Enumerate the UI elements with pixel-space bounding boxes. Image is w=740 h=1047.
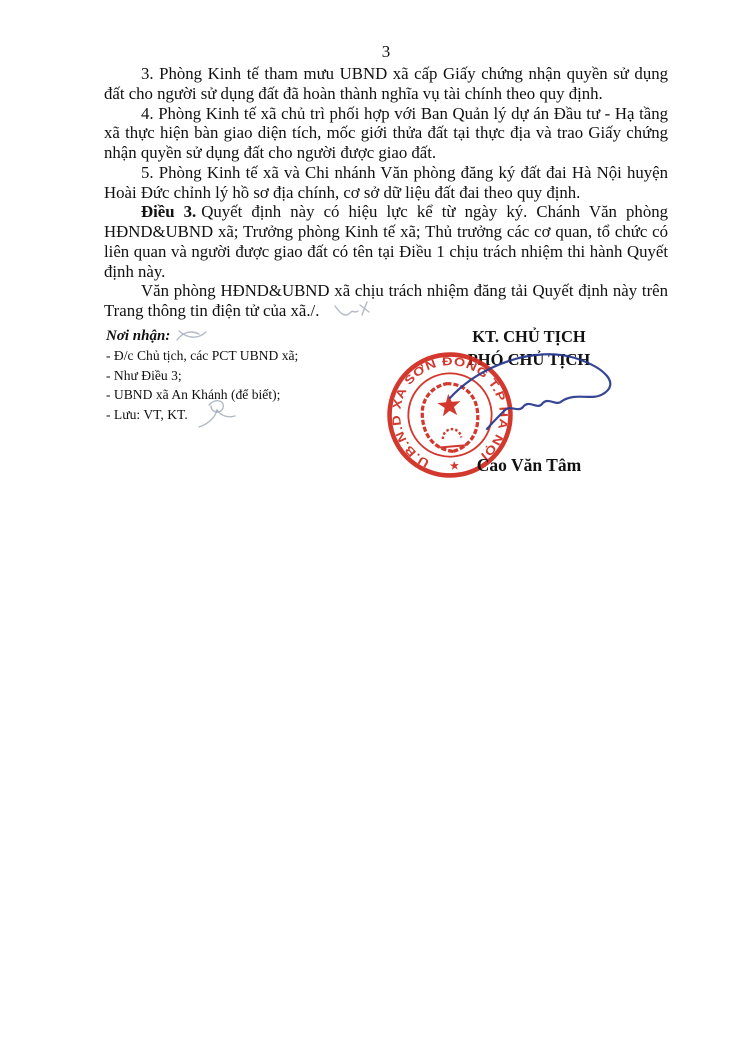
- page-number: 3: [104, 42, 668, 62]
- recipients-section: Nơi nhận: - Đ/c Chủ tịch, các PCT UBND x…: [106, 326, 406, 425]
- paragraph: 5. Phòng Kinh tế xã và Chi nhánh Văn phò…: [104, 163, 668, 203]
- handwritten-mark-icon: [172, 325, 212, 349]
- paragraph-text: 4. Phòng Kinh tế xã chủ trì phối hợp với…: [104, 104, 668, 163]
- document-body: 3. Phòng Kinh tế tham mưu UBND xã cấp Gi…: [104, 64, 668, 321]
- handwritten-mark-icon: [194, 396, 240, 432]
- recipient-item: - Như Điều 3;: [106, 366, 406, 386]
- paragraph-text: Văn phòng HĐND&UBND xã chịu trách nhiệm …: [104, 281, 668, 320]
- paragraph-text: 3. Phòng Kinh tế tham mưu UBND xã cấp Gi…: [104, 64, 668, 103]
- recipients-label: Nơi nhận:: [106, 326, 406, 346]
- recipient-item: - Lưu: VT, KT.: [106, 405, 406, 425]
- paragraph: 3. Phòng Kinh tế tham mưu UBND xã cấp Gi…: [104, 64, 668, 104]
- recipient-item: - UBND xã An Khánh (để biết);: [106, 385, 406, 405]
- handwritten-mark-icon: [332, 296, 376, 324]
- signer-name: Cao Văn Tâm: [395, 455, 663, 476]
- paragraph-lead: Điều 3.: [141, 202, 196, 221]
- recipient-item: - Đ/c Chủ tịch, các PCT UBND xã;: [106, 346, 406, 366]
- paragraph: Văn phòng HĐND&UBND xã chịu trách nhiệm …: [104, 281, 668, 321]
- document-page: 3 3. Phòng Kinh tế tham mưu UBND xã cấp …: [0, 0, 740, 1047]
- paragraph: Điều 3.Quyết định này có hiệu lực kể từ …: [104, 202, 668, 281]
- paragraph-text: 5. Phòng Kinh tế xã và Chi nhánh Văn phò…: [104, 163, 668, 202]
- paragraph: 4. Phòng Kinh tế xã chủ trì phối hợp với…: [104, 104, 668, 163]
- signature-ink-icon: [396, 344, 636, 444]
